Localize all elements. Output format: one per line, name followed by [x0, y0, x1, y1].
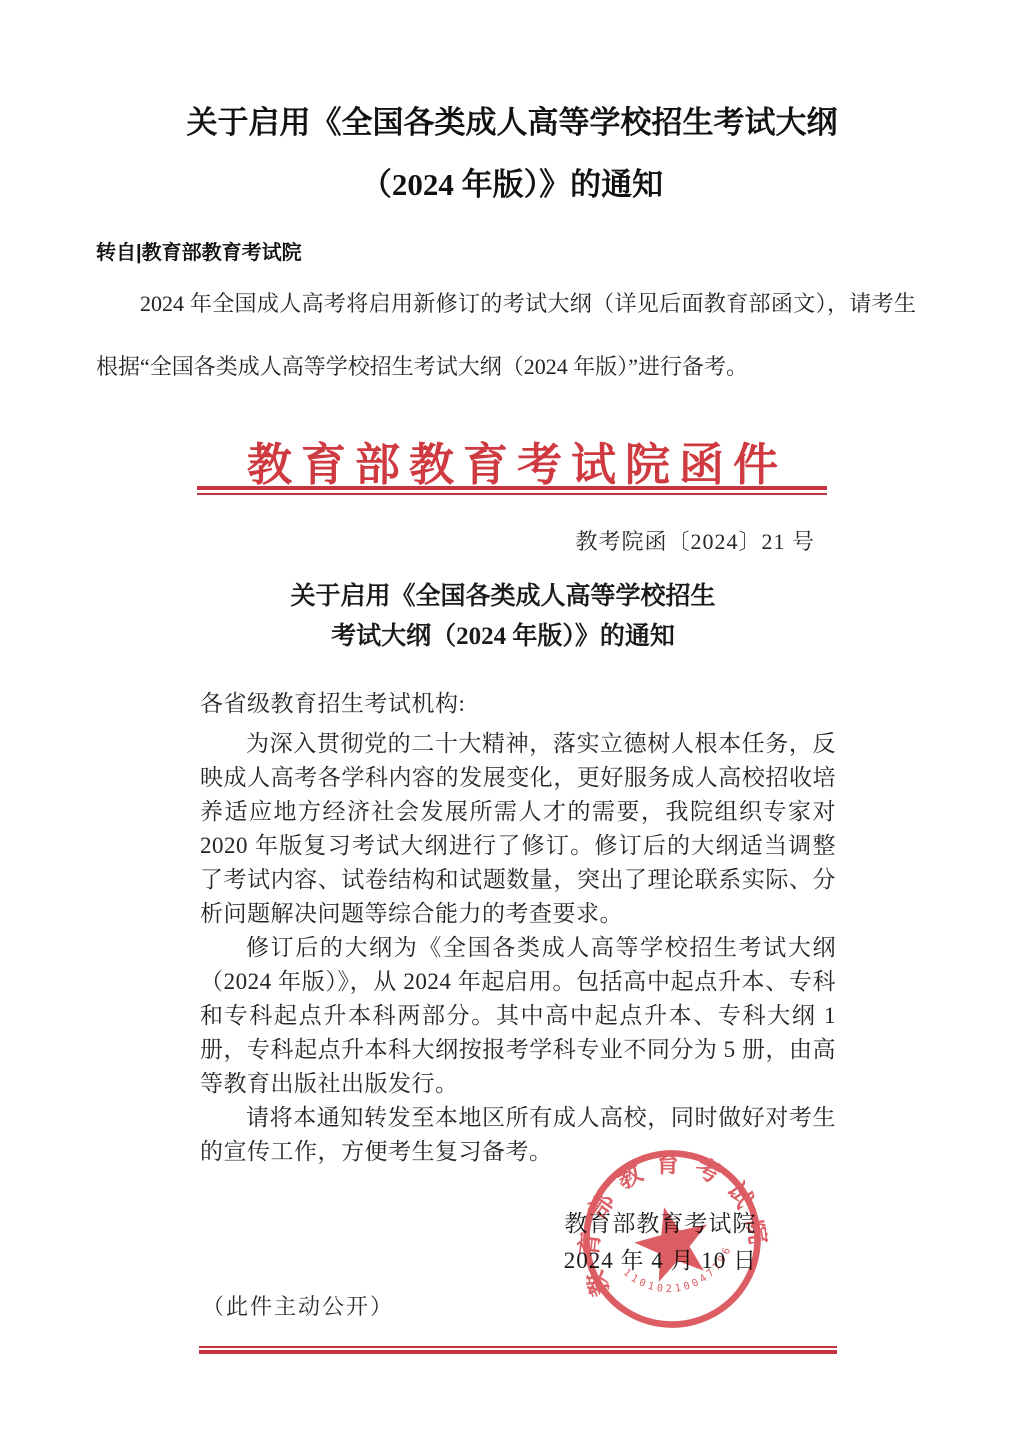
- page-title-line1: 关于启用《全国各类成人高等学校招生考试大纲: [0, 92, 1024, 154]
- sign-date: 2024 年 4 月 10 日: [564, 1242, 757, 1279]
- letter-paragraph: 修订后的大纲为《全国各类成人高等学校招生考试大纲（2024 年版）》，从 202…: [200, 931, 836, 1101]
- document-page: 关于启用《全国各类成人高等学校招生考试大纲 （2024 年版）》的通知 转自|教…: [0, 0, 1024, 1447]
- letterhead-title: 教育部教育考试院函件: [197, 428, 837, 493]
- disclosure-note: （此件主动公开）: [202, 1290, 394, 1321]
- scanned-letter: 教育部教育考试院函件 教考院函〔2024〕21 号 关于启用《全国各类成人高等学…: [197, 425, 837, 1370]
- intro-paragraph: 2024 年全国成人高考将启用新修订的考试大纲（详见后面教育部函文），请考生根据…: [96, 272, 916, 398]
- letter-title-line2: 考试大纲（2024 年版）》的通知: [197, 617, 809, 657]
- document-number: 教考院函〔2024〕21 号: [575, 525, 815, 556]
- letter-paragraph: 请将本通知转发至本地区所有成人高校，同时做好对考生的宣传工作，方便考生复习备考。: [200, 1101, 836, 1169]
- source-attribution: 转自|教育部教育考试院: [96, 236, 302, 265]
- letterhead-divider: [197, 486, 827, 495]
- page-title: 关于启用《全国各类成人高等学校招生考试大纲 （2024 年版）》的通知: [0, 92, 1024, 216]
- letter-title-line1: 关于启用《全国各类成人高等学校招生: [197, 577, 809, 617]
- salutation: 各省级教育招生考试机构:: [200, 687, 836, 721]
- signer-name: 教育部教育考试院: [564, 1205, 757, 1242]
- letter-bottom-divider: [199, 1346, 837, 1354]
- signature-block: 教育部教育考试院 2024 年 4 月 10 日: [564, 1205, 757, 1279]
- page-title-line2: （2024 年版）》的通知: [0, 154, 1024, 216]
- letter-title: 关于启用《全国各类成人高等学校招生 考试大纲（2024 年版）》的通知: [197, 577, 809, 657]
- letter-paragraph: 为深入贯彻党的二十大精神，落实立德树人根本任务，反映成人高考各学科内容的发展变化…: [200, 727, 836, 931]
- letter-body: 各省级教育招生考试机构: 为深入贯彻党的二十大精神，落实立德树人根本任务，反映成…: [200, 687, 836, 1169]
